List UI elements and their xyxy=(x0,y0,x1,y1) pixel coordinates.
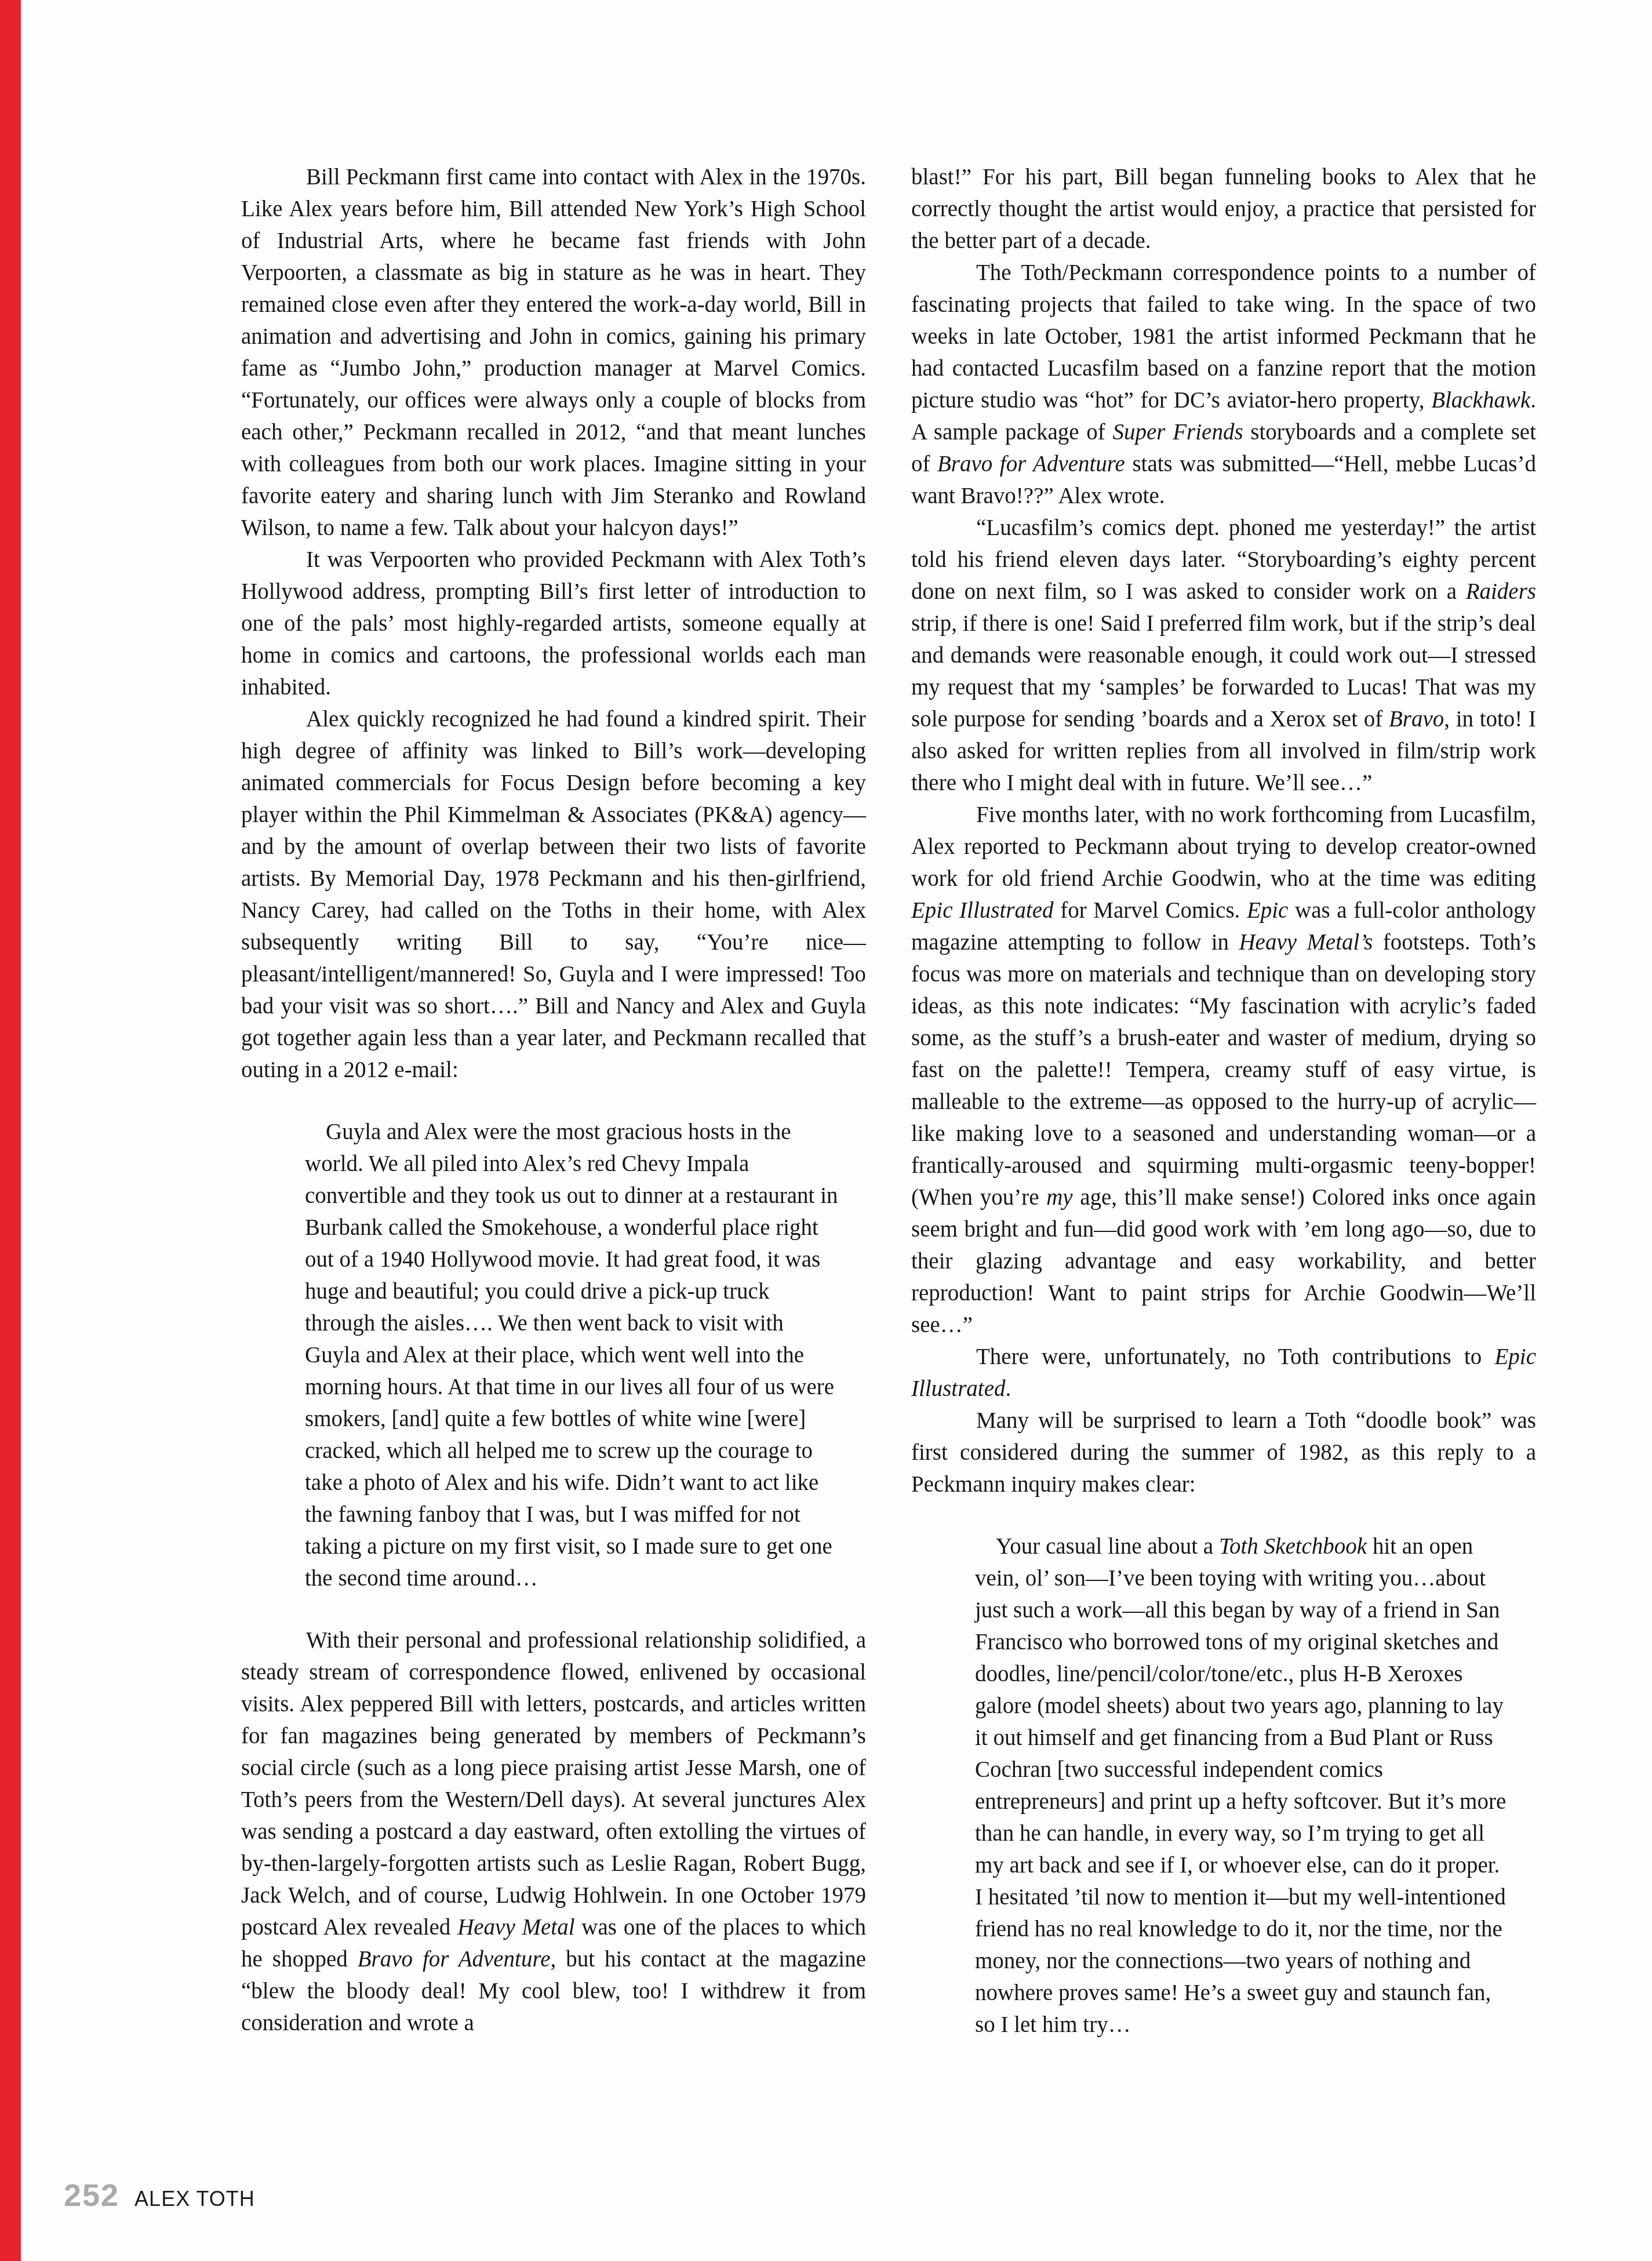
italic-text: Bravo xyxy=(1389,707,1444,732)
body-text: There were, unfortunately, no Toth contr… xyxy=(976,1344,1495,1369)
italic-text: Heavy Metal’s xyxy=(1239,930,1373,955)
body-text: Five months later, with no work forthcom… xyxy=(911,802,1536,891)
paragraph: Bill Peckmann first came into contact wi… xyxy=(241,161,866,544)
running-title: ALEX TOTH xyxy=(134,2187,255,2211)
block-quote: Guyla and Alex were the most gracious ho… xyxy=(305,1116,843,1594)
body-text: It was Verpoorten who provided Peckmann … xyxy=(241,547,866,700)
italic-text: Toth Sketchbook xyxy=(1219,1534,1367,1559)
italic-text: Super Friends xyxy=(1113,420,1243,445)
paragraph: Many will be surprised to learn a Toth “… xyxy=(911,1405,1536,1500)
text-column-left: Bill Peckmann first came into contact wi… xyxy=(241,161,866,2039)
italic-text: Epic xyxy=(1247,898,1288,923)
paragraph: The Toth/Peckmann correspondence points … xyxy=(911,257,1536,512)
body-text: Guyla and Alex were the most gracious ho… xyxy=(305,1119,838,1591)
paragraph: With their personal and professional rel… xyxy=(241,1624,866,2039)
body-text: “Lucasfilm’s comics dept. phoned me yest… xyxy=(911,515,1536,604)
page-number: 252 xyxy=(64,2178,119,2213)
body-text: Many will be surprised to learn a Toth “… xyxy=(911,1408,1536,1497)
body-text: Bill Peckmann first came into contact wi… xyxy=(241,165,866,540)
italic-text: my xyxy=(1046,1185,1072,1210)
red-edge-tab xyxy=(0,0,21,2261)
italic-text: Bravo for Adventure xyxy=(937,452,1125,477)
paragraph: It was Verpoorten who provided Peckmann … xyxy=(241,544,866,703)
italic-text: Bravo for Adventure xyxy=(358,1947,551,1972)
body-text: for Marvel Comics. xyxy=(1054,898,1247,923)
paragraph: There were, unfortunately, no Toth contr… xyxy=(911,1341,1536,1405)
paragraph: “Lucasfilm’s comics dept. phoned me yest… xyxy=(911,512,1536,799)
block-quote: Your casual line about a Toth Sketchbook… xyxy=(975,1531,1513,2041)
page-footer: 252 ALEX TOTH xyxy=(64,2178,255,2213)
paragraph: blast!” For his part, Bill began funneli… xyxy=(911,161,1536,257)
paragraph: Five months later, with no work forthcom… xyxy=(911,799,1536,1341)
text-column-right: blast!” For his part, Bill began funneli… xyxy=(911,161,1536,2071)
italic-text: Epic Illustrated xyxy=(911,898,1054,923)
italic-text: Heavy Metal xyxy=(457,1915,574,1940)
body-text: Your casual line about a xyxy=(996,1534,1219,1559)
body-text: footsteps. Toth’s focus was more on mate… xyxy=(911,930,1536,1210)
body-text: Alex quickly recognized he had found a k… xyxy=(241,707,866,1082)
body-text: hit an open vein, ol’ son—I’ve been toyi… xyxy=(975,1534,1506,2037)
paragraph: Alex quickly recognized he had found a k… xyxy=(241,703,866,1086)
italic-text: Raiders xyxy=(1466,579,1536,604)
italic-text: Blackhawk xyxy=(1431,388,1530,413)
book-page: Bill Peckmann first came into contact wi… xyxy=(0,0,1652,2261)
body-text: blast!” For his part, Bill began funneli… xyxy=(911,165,1536,253)
body-text: With their personal and professional rel… xyxy=(241,1628,866,1940)
body-text: . xyxy=(1006,1376,1011,1401)
